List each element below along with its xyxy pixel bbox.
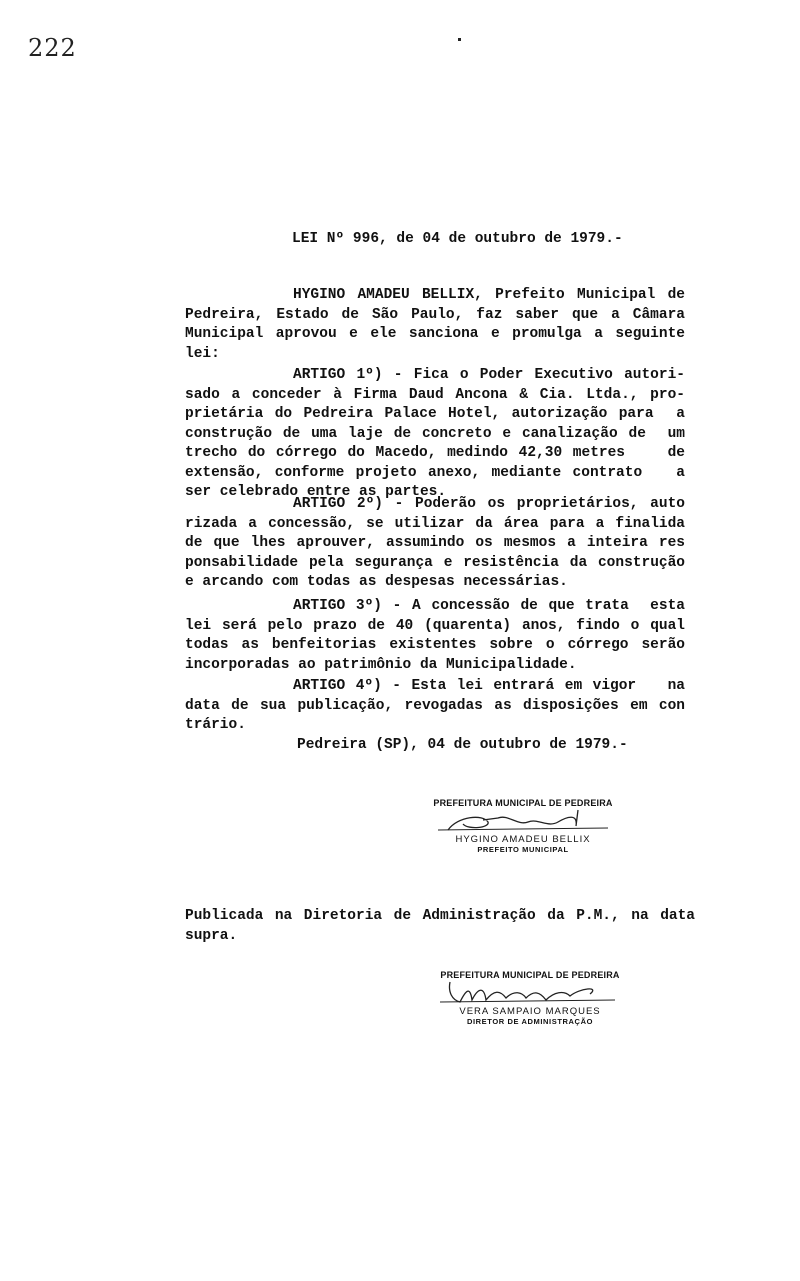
article-line: extensão, conforme projeto anexo, median… [185,464,685,484]
article-line: lei será pelo prazo de 40 (quarenta) ano… [185,617,685,637]
stamp-header: PREFEITURA MUNICIPAL DE PEDREIRA [430,970,630,980]
signatory-role: PREFEITO MUNICIPAL [428,845,618,854]
article-line: data de sua publicação, revogadas as dis… [185,697,685,717]
article-line: ARTIGO 3º) - A concessão de que trata es… [185,597,685,617]
publication-line: supra. [185,927,695,947]
article-2: ARTIGO 2º) - Poderão os proprietários, a… [185,495,685,593]
place-and-date: Pedreira (SP), 04 de outubro de 1979.- [297,737,628,753]
law-title: LEI Nº 996, de 04 de outubro de 1979.- [292,231,623,247]
article-line: ARTIGO 1º) - Fica o Poder Executivo auto… [185,366,685,386]
article-line: ponsabilidade pela segurança e resistênc… [185,554,685,574]
preamble-line: Pedreira, Estado de São Paulo, faz saber… [185,306,685,326]
preamble-line: HYGINO AMADEU BELLIX, Prefeito Municipal… [185,286,685,306]
signatory-name: HYGINO AMADEU BELLIX [428,834,618,845]
article-line: ARTIGO 2º) - Poderão os proprietários, a… [185,495,685,515]
scan-speck [458,38,461,41]
article-line: todas as benfeitorias existentes sobre o… [185,636,685,656]
article-line: de que lhes aprouver, assumindo os mesmo… [185,534,685,554]
preamble-line: lei: [185,345,685,365]
article-line: ARTIGO 4º) - Esta lei entrará em vigor n… [185,677,685,697]
signature-icon [428,808,618,834]
article-line: sado a conceder à Firma Daud Ancona & Ci… [185,386,685,406]
page-number: 222 [28,34,77,62]
article-1: ARTIGO 1º) - Fica o Poder Executivo auto… [185,366,685,503]
preamble: HYGINO AMADEU BELLIX, Prefeito Municipal… [185,286,685,364]
article-line: trário. [185,716,685,736]
article-line: e arcando com todas as despesas necessár… [185,573,685,593]
article-4: ARTIGO 4º) - Esta lei entrará em vigor n… [185,677,685,736]
stamp-header: PREFEITURA MUNICIPAL DE PEDREIRA [428,798,618,808]
article-3: ARTIGO 3º) - A concessão de que trata es… [185,597,685,675]
preamble-line: Municipal aprovou e ele sanciona e promu… [185,325,685,345]
signatory-role: DIRETOR DE ADMINISTRAÇÃO [430,1017,630,1026]
publication-note: Publicada na Diretoria de Administração … [185,907,695,946]
director-signature-stamp: PREFEITURA MUNICIPAL DE PEDREIRA VERA SA… [430,970,630,1026]
article-line: rizada a concessão, se utilizar da área … [185,515,685,535]
mayor-signature-stamp: PREFEITURA MUNICIPAL DE PEDREIRA HYGINO … [428,798,618,854]
article-line: trecho do córrego do Macedo, medindo 42,… [185,444,685,464]
signature-icon [430,980,630,1006]
article-line: incorporadas ao patrimônio da Municipali… [185,656,685,676]
article-line: construção de uma laje de concreto e can… [185,425,685,445]
signatory-name: VERA SAMPAIO MARQUES [430,1006,630,1017]
publication-line: Publicada na Diretoria de Administração … [185,907,695,927]
article-line: prietária do Pedreira Palace Hotel, auto… [185,405,685,425]
